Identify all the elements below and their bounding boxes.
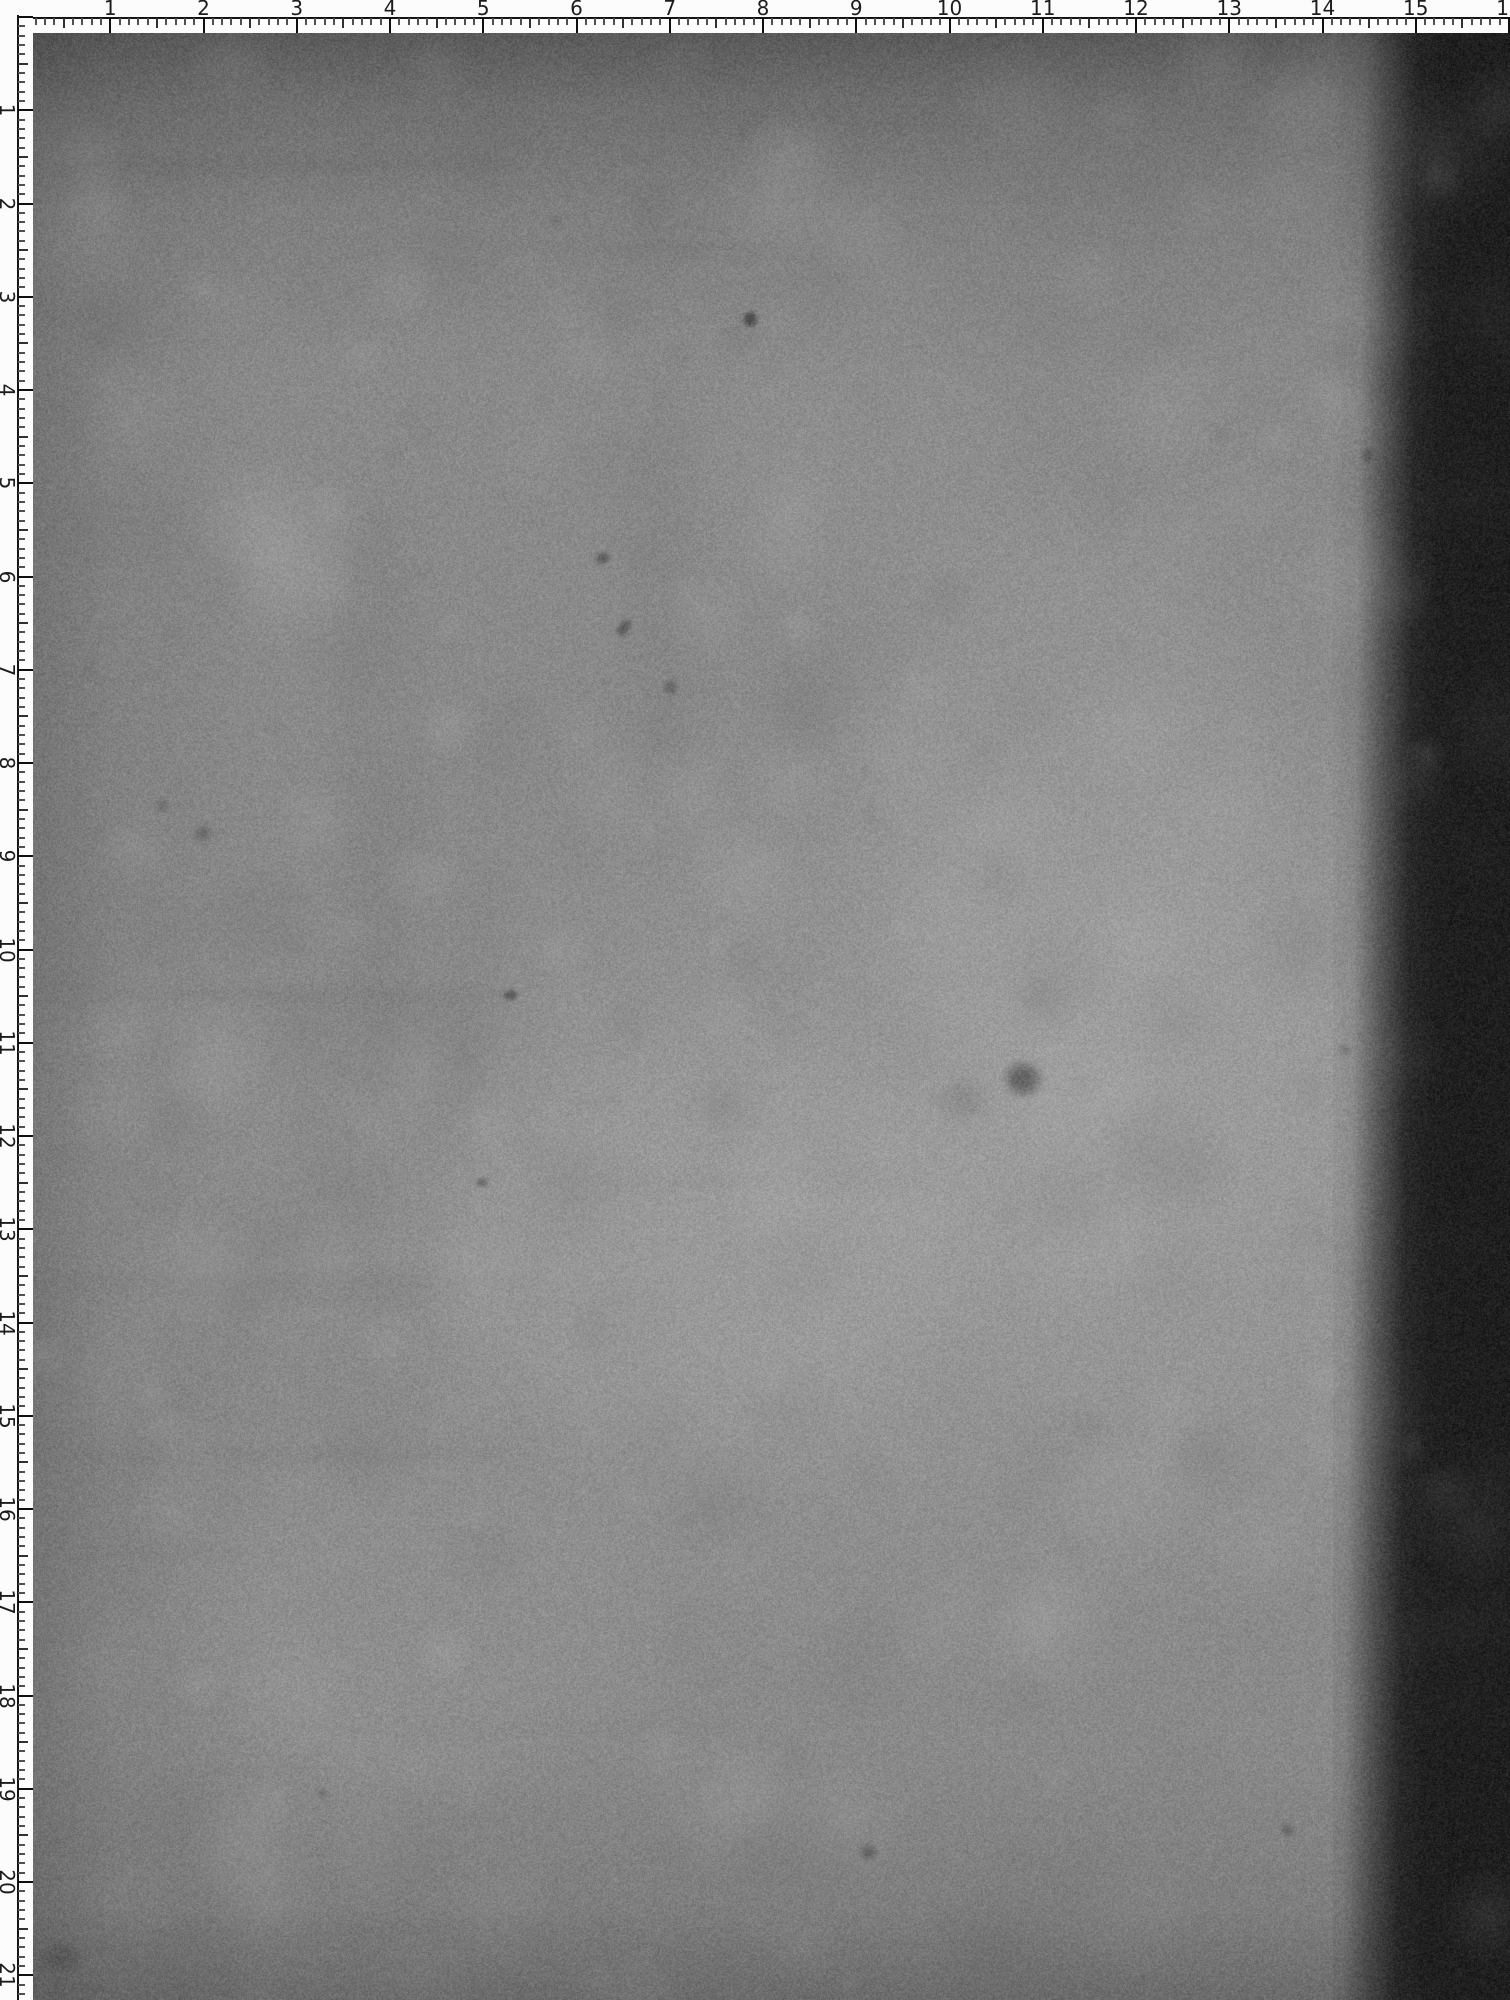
ruler-top-tick (380, 18, 382, 25)
ruler-left-tick (18, 1676, 25, 1678)
ruler-top-tick (1163, 18, 1165, 25)
ruler-top-tick (1480, 18, 1482, 25)
ruler-left-tick (18, 1042, 33, 1044)
ruler-left-tick (18, 790, 25, 792)
speck (1281, 1825, 1294, 1836)
ruler-left-tick (18, 557, 25, 559)
ruler-top-tick (72, 18, 74, 25)
ruler-left-tick (18, 1517, 25, 1519)
ruler-top-tick (725, 18, 727, 25)
ruler-top-tick (286, 18, 288, 25)
speck (318, 1788, 328, 1798)
ruler-left-tick (18, 342, 28, 344)
ruler-left-tick (18, 995, 28, 997)
ruler-left-tick (18, 352, 25, 354)
ruler-left-tick (18, 874, 25, 876)
ruler-top-label: 2 (197, 0, 210, 17)
ruler-left-tick (18, 147, 25, 149)
ruler-top-tick (277, 18, 279, 25)
ruler-left-label: 14 (0, 1310, 16, 1335)
ruler-top-tick (342, 18, 344, 28)
ruler-left-tick (18, 1322, 33, 1324)
ruler-left-label: 4 (0, 384, 16, 397)
ruler-top-label: 16 (1496, 0, 1510, 17)
ruler-left-tick (18, 548, 25, 550)
ruler-top-tick (1014, 18, 1016, 25)
ruler-left-tick (18, 1555, 28, 1557)
ruler-top-tick (548, 18, 550, 25)
scan-void-right-edge (1333, 33, 1510, 2000)
ruler-left-tick (18, 753, 25, 755)
ruler-left-tick (18, 669, 33, 671)
ruler-top-tick (734, 18, 736, 25)
ruler-left-label: 3 (0, 290, 16, 303)
ruler-top-tick (930, 18, 932, 25)
ruler-top-label: 11 (1030, 0, 1055, 17)
ruler-top-tick (324, 18, 326, 25)
ruler-left-label: 19 (0, 1776, 16, 1801)
ruler-left-tick (18, 398, 25, 400)
ruler-top-tick (762, 18, 764, 33)
ruler-top-tick (100, 18, 102, 25)
ruler-left-tick (18, 622, 28, 624)
streak (33, 1924, 650, 1936)
ruler-top-label: 6 (570, 0, 583, 17)
ruler-left-tick (18, 1974, 33, 1976)
ruler-left-tick (18, 818, 25, 820)
ruler-left-tick (18, 1154, 25, 1156)
ruler-left-tick (18, 911, 25, 913)
ruler-left-tick (18, 221, 25, 223)
ruler-top-tick (1200, 18, 1202, 25)
ruler-left-tick (18, 1387, 25, 1389)
ruler-left-tick (18, 1032, 25, 1034)
ruler-top-tick (109, 18, 111, 33)
ruler-left-label: 16 (0, 1496, 16, 1521)
ruler-left-tick (18, 1769, 25, 1771)
ruler-left-tick (18, 706, 25, 708)
ruler-left-tick (18, 1163, 25, 1165)
ruler-top-tick (1377, 18, 1379, 25)
ruler-top-tick (921, 18, 923, 25)
ruler-left-tick (18, 1750, 25, 1752)
ruler-top-tick (781, 18, 783, 25)
ruler-left-tick (18, 715, 28, 717)
ruler-left-tick (18, 725, 25, 727)
chainline (335, 490, 425, 1110)
ruler-left-tick (18, 902, 28, 904)
ruler-left-tick (18, 1284, 25, 1286)
ruler-top-tick (613, 18, 615, 25)
ruler-left-tick (18, 1601, 33, 1603)
ruler-top-tick (622, 18, 624, 28)
ruler-left-tick (18, 1527, 25, 1529)
ruler-top-tick (1088, 18, 1090, 28)
ruler-top-tick (949, 18, 951, 33)
paper-marks-layer (33, 33, 1510, 2000)
ruler-left-tick (18, 1266, 25, 1268)
ruler-top-tick (1023, 18, 1025, 25)
ruler-top-tick (165, 18, 167, 25)
ruler-top-tick (305, 18, 307, 25)
ruler-left-tick (18, 529, 28, 531)
ruler-left-tick (18, 370, 25, 372)
ruler-top-tick (827, 18, 829, 25)
ruler-left-label: 9 (0, 850, 16, 863)
ruler-left-tick (18, 91, 25, 93)
ruler-left-label: 20 (0, 1869, 16, 1894)
ruler-left-label: 18 (0, 1683, 16, 1708)
ruler-top-tick (669, 18, 671, 33)
ruler-left-tick (18, 482, 33, 484)
ruler-top-tick (771, 18, 773, 25)
ruler-top-tick (81, 18, 83, 25)
ruler-left-tick (18, 1890, 25, 1892)
ruler-top-tick (799, 18, 801, 25)
ruler-top-tick (1191, 18, 1193, 25)
ruler-left-tick (18, 967, 25, 969)
ruler-left-tick (18, 1639, 25, 1641)
streak (33, 159, 500, 173)
ruler-left-label: 10 (0, 937, 16, 962)
ruler-left-tick (18, 1573, 25, 1575)
ruler-top-tick (1284, 18, 1286, 25)
ruler-left-tick (18, 1704, 25, 1706)
speck (602, 50, 613, 61)
ruler-left-tick (18, 1508, 33, 1510)
ruler-left-tick (18, 1461, 28, 1463)
ruler-left-tick (18, 1937, 25, 1939)
ruler-left-tick (18, 1312, 25, 1314)
ruler-left-tick (18, 1965, 25, 1967)
ruler-top-tick (874, 18, 876, 25)
ruler-left-tick (18, 1368, 28, 1370)
ruler-top-tick (492, 18, 494, 25)
ruler-left-tick (18, 986, 25, 988)
ruler-top-label: 14 (1310, 0, 1335, 17)
ruler-left-tick (18, 1191, 25, 1193)
ruler-top-tick (156, 18, 158, 28)
ruler-top-tick (203, 18, 205, 33)
ruler-top-label: 3 (290, 0, 303, 17)
ruler-left-tick (18, 1881, 33, 1883)
ruler-left-tick (18, 855, 33, 857)
ruler-left-label: 8 (0, 757, 16, 770)
ruler-left-tick (18, 119, 25, 121)
ruler-top-tick (902, 18, 904, 28)
ruler-left-tick (18, 212, 25, 214)
ruler-top-tick (44, 18, 46, 25)
ruler-top-tick (184, 18, 186, 25)
ruler-left-tick (18, 175, 25, 177)
ruler-left-label: 5 (0, 477, 16, 490)
ruler-left-tick (18, 240, 25, 242)
ruler-left-tick (18, 137, 25, 139)
ruler-top-tick (529, 18, 531, 28)
speck (157, 800, 168, 811)
ruler-left-tick (18, 445, 25, 447)
ruler-top-tick (715, 18, 717, 28)
ruler-left-tick (18, 1116, 25, 1118)
ruler-left-tick (18, 743, 25, 745)
ruler-top-tick (1359, 18, 1361, 25)
ruler-left-tick (18, 1098, 25, 1100)
ruler-top-label: 9 (850, 0, 863, 17)
ruler-top-label: 1 (104, 0, 117, 17)
ruler-left-tick (18, 1657, 25, 1659)
ruler-top-tick (1004, 18, 1006, 25)
ruler-left-label: 13 (0, 1217, 16, 1242)
ruler-left-tick (18, 193, 25, 195)
ruler-left-tick (18, 799, 25, 801)
ruler-top-tick (1070, 18, 1072, 25)
ruler-left-tick (18, 1247, 25, 1249)
ruler-top-tick (603, 18, 605, 25)
ruler-left-tick (18, 1872, 25, 1874)
ruler-left-tick (18, 976, 25, 978)
ruler-top-tick (268, 18, 270, 25)
ruler-left-tick (18, 1862, 25, 1864)
ruler-top-label: 10 (937, 0, 962, 17)
ruler-left-tick (18, 230, 25, 232)
bright (440, 1040, 960, 1460)
ruler-top-tick (1471, 18, 1473, 25)
ruler-left-tick (18, 1993, 25, 1995)
ruler-left-label: 1 (0, 104, 16, 117)
ruler-left-tick (18, 1834, 28, 1836)
ruler-left-tick (18, 380, 25, 382)
ruler-left-tick (18, 324, 25, 326)
ruler-left-label: 15 (0, 1403, 16, 1428)
ruler-left-tick (18, 603, 25, 605)
ruler-top-tick (473, 18, 475, 25)
ruler-top-tick (510, 18, 512, 25)
ruler-left-tick (18, 286, 25, 288)
ruler-left-tick (18, 846, 25, 848)
ruler-top-tick (361, 18, 363, 25)
ruler-left-tick (18, 1853, 25, 1855)
ruler-left-label: 12 (0, 1123, 16, 1148)
ruler-left-tick (18, 1545, 25, 1547)
ruler-left-tick (18, 1275, 28, 1277)
ruler-top-label: 15 (1403, 0, 1428, 17)
bright (870, 510, 1250, 1130)
ruler-left-tick (18, 1825, 25, 1827)
ruler-top-tick (883, 18, 885, 25)
ruler-top-tick (855, 18, 857, 33)
ruler-left-tick (18, 1126, 25, 1128)
ruler-left-label: 17 (0, 1590, 16, 1615)
ruler-top-tick (389, 18, 391, 33)
ruler-top-tick (333, 18, 335, 25)
ruler-top-tick (846, 18, 848, 25)
ruler-left-tick (18, 650, 25, 652)
ruler-top-tick (119, 18, 121, 25)
ruler-top-tick (501, 18, 503, 25)
ruler-left-tick (18, 1415, 33, 1417)
ruler-left-tick (18, 1433, 25, 1435)
ruler-top-tick (426, 18, 428, 25)
ruler-left-tick (18, 268, 25, 270)
bright (170, 1460, 670, 1760)
speck (504, 990, 517, 1000)
speck (195, 826, 211, 840)
ruler-top-tick (212, 18, 214, 25)
ruler-left-tick (18, 454, 25, 456)
ruler-left-tick (18, 958, 25, 960)
ruler-top-tick (641, 18, 643, 25)
ruler-top-tick (175, 18, 177, 25)
ruler-left-tick (18, 576, 33, 578)
ruler-left-tick (18, 734, 25, 736)
ruler-top-tick (1322, 18, 1324, 33)
ruler-left-tick (18, 81, 25, 83)
ruler-top-tick (557, 18, 559, 25)
ruler-left-tick (18, 762, 33, 764)
ruler-left-tick (18, 781, 25, 783)
ruler-top-tick (1182, 18, 1184, 28)
ruler-top-tick (976, 18, 978, 25)
ruler-top-tick (1489, 18, 1491, 25)
ruler-top-label: 12 (1123, 0, 1148, 17)
ruler-top-tick (1294, 18, 1296, 25)
ruler-top-tick (697, 18, 699, 25)
ruler-top-tick (1210, 18, 1212, 25)
ruler-left-tick (18, 1060, 25, 1062)
ruler-left-tick (18, 1219, 25, 1221)
ruler-left-tick (18, 921, 25, 923)
ruler-top-tick (520, 18, 522, 25)
ruler-left-tick (18, 809, 28, 811)
ruler-top-tick (240, 18, 242, 25)
ruler-top-tick (1396, 18, 1398, 25)
ruler-left-tick (18, 1051, 25, 1053)
ruler-left-tick (18, 473, 25, 475)
ruler-top-tick (464, 18, 466, 25)
ruler-top-tick (1228, 18, 1230, 33)
ruler-top-tick (1443, 18, 1445, 25)
ruler-left-tick (18, 631, 25, 633)
ruler-left-tick (18, 1135, 33, 1137)
ruler-top-label: 5 (477, 0, 490, 17)
ruler-top-tick (352, 18, 354, 25)
ruler-left-tick (18, 697, 25, 699)
ruler-top-tick (193, 18, 195, 25)
ruler-left-tick (18, 1648, 28, 1650)
ruler-top-tick (753, 18, 755, 25)
ruler-left-tick (18, 566, 25, 568)
ruler-left-tick (18, 277, 25, 279)
ruler-top-tick (1387, 18, 1389, 25)
ruler-left-tick (18, 520, 25, 522)
ruler-top-tick (35, 18, 37, 25)
ruler-top-tick (1256, 18, 1258, 25)
ruler-left-tick (18, 1182, 28, 1184)
ruler-top-tick (995, 18, 997, 28)
ruler-left-tick (18, 1303, 25, 1305)
ruler-top-tick (1275, 18, 1277, 28)
ruler-left-tick (18, 1806, 25, 1808)
ruler-left-tick (18, 1144, 25, 1146)
ruler-left-tick (18, 1797, 25, 1799)
ruler-left-tick (18, 426, 25, 428)
ruler-top-tick (137, 18, 139, 25)
ruler-left-label: 7 (0, 663, 16, 676)
ruler-left-tick (18, 72, 25, 74)
ruler-top-tick (818, 18, 820, 25)
ruler-top-tick (967, 18, 969, 25)
ruler-top-tick (221, 18, 223, 25)
streak (660, 114, 1020, 125)
ruler-left-tick (18, 1918, 25, 1920)
ruler-top-tick (1266, 18, 1268, 25)
ruler-left-tick (18, 1629, 25, 1631)
ruler-left-tick (18, 314, 25, 316)
ruler-left-tick (18, 258, 25, 260)
ruler-left-tick (18, 1349, 25, 1351)
ruler-left-tick (18, 1340, 25, 1342)
ruler-left-tick (18, 687, 25, 689)
ruler-left-tick (18, 53, 25, 55)
ruler-left-tick (18, 464, 25, 466)
speck (551, 216, 560, 225)
ruler-left-tick (18, 1107, 25, 1109)
ruler-left-tick (18, 1294, 25, 1296)
ruler-left-tick (18, 893, 25, 895)
ruler-top-tick (1060, 18, 1062, 25)
ruler-left-tick (18, 771, 25, 773)
ruler-top-label: 13 (1217, 0, 1242, 17)
ruler-left-tick (18, 538, 25, 540)
ruler-top-tick (893, 18, 895, 25)
ruler-top-tick (631, 18, 633, 25)
ruler-left-label: 6 (0, 570, 16, 583)
ruler-top-tick (370, 18, 372, 25)
ruler-left-tick (18, 1088, 28, 1090)
ruler-top-tick (809, 18, 811, 28)
ruler-top-tick (1415, 18, 1417, 33)
ruler-left-tick (18, 1844, 25, 1846)
ruler-left-tick (18, 883, 25, 885)
ruler-left-tick (18, 1984, 25, 1986)
ruler-top-tick (1349, 18, 1351, 25)
ruler-left-tick (18, 1396, 25, 1398)
ruler-top-tick (249, 18, 251, 28)
ruler-left-tick (18, 1004, 25, 1006)
ruler-top-tick (482, 18, 484, 33)
ruler-top-tick (147, 18, 149, 25)
ruler-top-tick (1303, 18, 1305, 25)
ruler-top-tick (1042, 18, 1044, 33)
ruler-top-tick (986, 18, 988, 25)
ruler-left-tick (18, 1200, 25, 1202)
ruler-left-tick (18, 1788, 33, 1790)
ruler-left-tick (18, 1359, 25, 1361)
ruler-left-tick (18, 939, 25, 941)
ruler-left-tick (18, 1331, 25, 1333)
ruler-left-tick (18, 184, 25, 186)
ruler-left-tick (18, 1956, 25, 1958)
ruler-top-tick (445, 18, 447, 25)
ruler-left-tick (18, 1611, 25, 1613)
ruler-top-tick (1107, 18, 1109, 25)
ruler-top-tick (454, 18, 456, 25)
ruler-left-tick (18, 1014, 25, 1016)
ruler-left-tick (18, 1480, 25, 1482)
ruler-left-tick (18, 1443, 25, 1445)
ruler-left-tick (18, 1909, 25, 1911)
ruler-left-tick (18, 1667, 25, 1669)
